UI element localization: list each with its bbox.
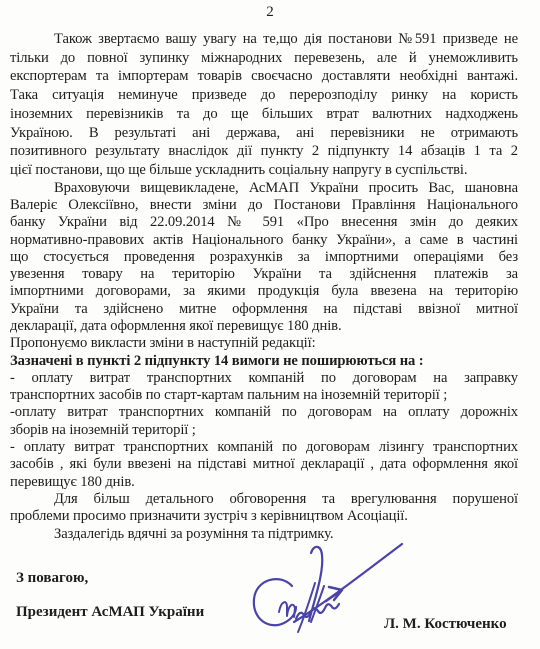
text-line: транспортних засобів по старт-картам пал…	[10, 387, 518, 404]
letter-body: Також звертаємо вашу увагу на те,що дія …	[0, 30, 540, 543]
text-line: -оплату витрат транспортних компаній по …	[10, 404, 518, 421]
text-line: - оплату витрат транспортних компаній по…	[10, 370, 518, 387]
text-line: Також звертаємо вашу увагу на те,що дія …	[10, 30, 518, 49]
text-line: Валеріє Олексіївно, внести зміни до Пост…	[10, 197, 518, 214]
letter-page: 2 Також звертаємо вашу увагу на те,що ді…	[0, 0, 540, 649]
text-line: банку України від 22.09.2014 № 591 «Про …	[10, 214, 518, 231]
text-line: зборів на іноземній території ;	[10, 422, 518, 439]
text-line: експортерам та імпортерам товарів своєча…	[10, 67, 518, 86]
text-line: України та здійснено митне оформлення на…	[10, 301, 518, 318]
text-line: Пропонуємо викласти зміни в наступній ре…	[10, 335, 518, 352]
text-line: - оплату витрат транспортних компаній по…	[10, 439, 518, 456]
text-line-bold-clause: Зазначені в пункті 2 підпункту 14 вимоги…	[10, 353, 518, 370]
text-line: іноземних перевізників та до ще більших …	[10, 105, 518, 124]
closing-salutation: З повагою,	[16, 570, 88, 587]
signer-name: Л. М. Костюченко	[384, 616, 507, 633]
text-line: Для більш детального обговорення та врег…	[10, 491, 518, 508]
text-line: нормативно-правових актів Національного …	[10, 232, 518, 249]
text-line: тільки до повної зупинку міжнародних пер…	[10, 49, 518, 68]
text-line: позитивного результату внаслідок дії пун…	[10, 142, 518, 161]
text-line: що стосується проведення розрахунків за …	[10, 249, 518, 266]
text-line: засобів , які були ввезені на підставі м…	[10, 456, 518, 473]
text-line: декларації, дата оформлення якої перевищ…	[10, 318, 518, 335]
handwritten-signature-icon	[230, 528, 410, 646]
text-line: проблеми просимо призначити зустріч з ке…	[10, 508, 518, 525]
page-number: 2	[0, 4, 540, 21]
text-line: імпортними договорами, за якими продукці…	[10, 283, 518, 300]
signer-title: Президент АсМАП України	[16, 604, 204, 621]
text-line: цієї постанови, що ще більше ускладнить …	[10, 161, 518, 180]
text-line: перевищує 180 днів.	[10, 474, 518, 491]
text-line: Заздалегідь вдячні за розуміння та підтр…	[10, 526, 518, 543]
text-line: Така ситуація неминуче призведе до перер…	[10, 86, 518, 105]
text-line: увезення товару на територію України та …	[10, 266, 518, 283]
text-line: Враховуючи вищевикладене, АсМАП України …	[10, 180, 518, 197]
text-line: Україною. В результаті ані держава, ані …	[10, 124, 518, 143]
